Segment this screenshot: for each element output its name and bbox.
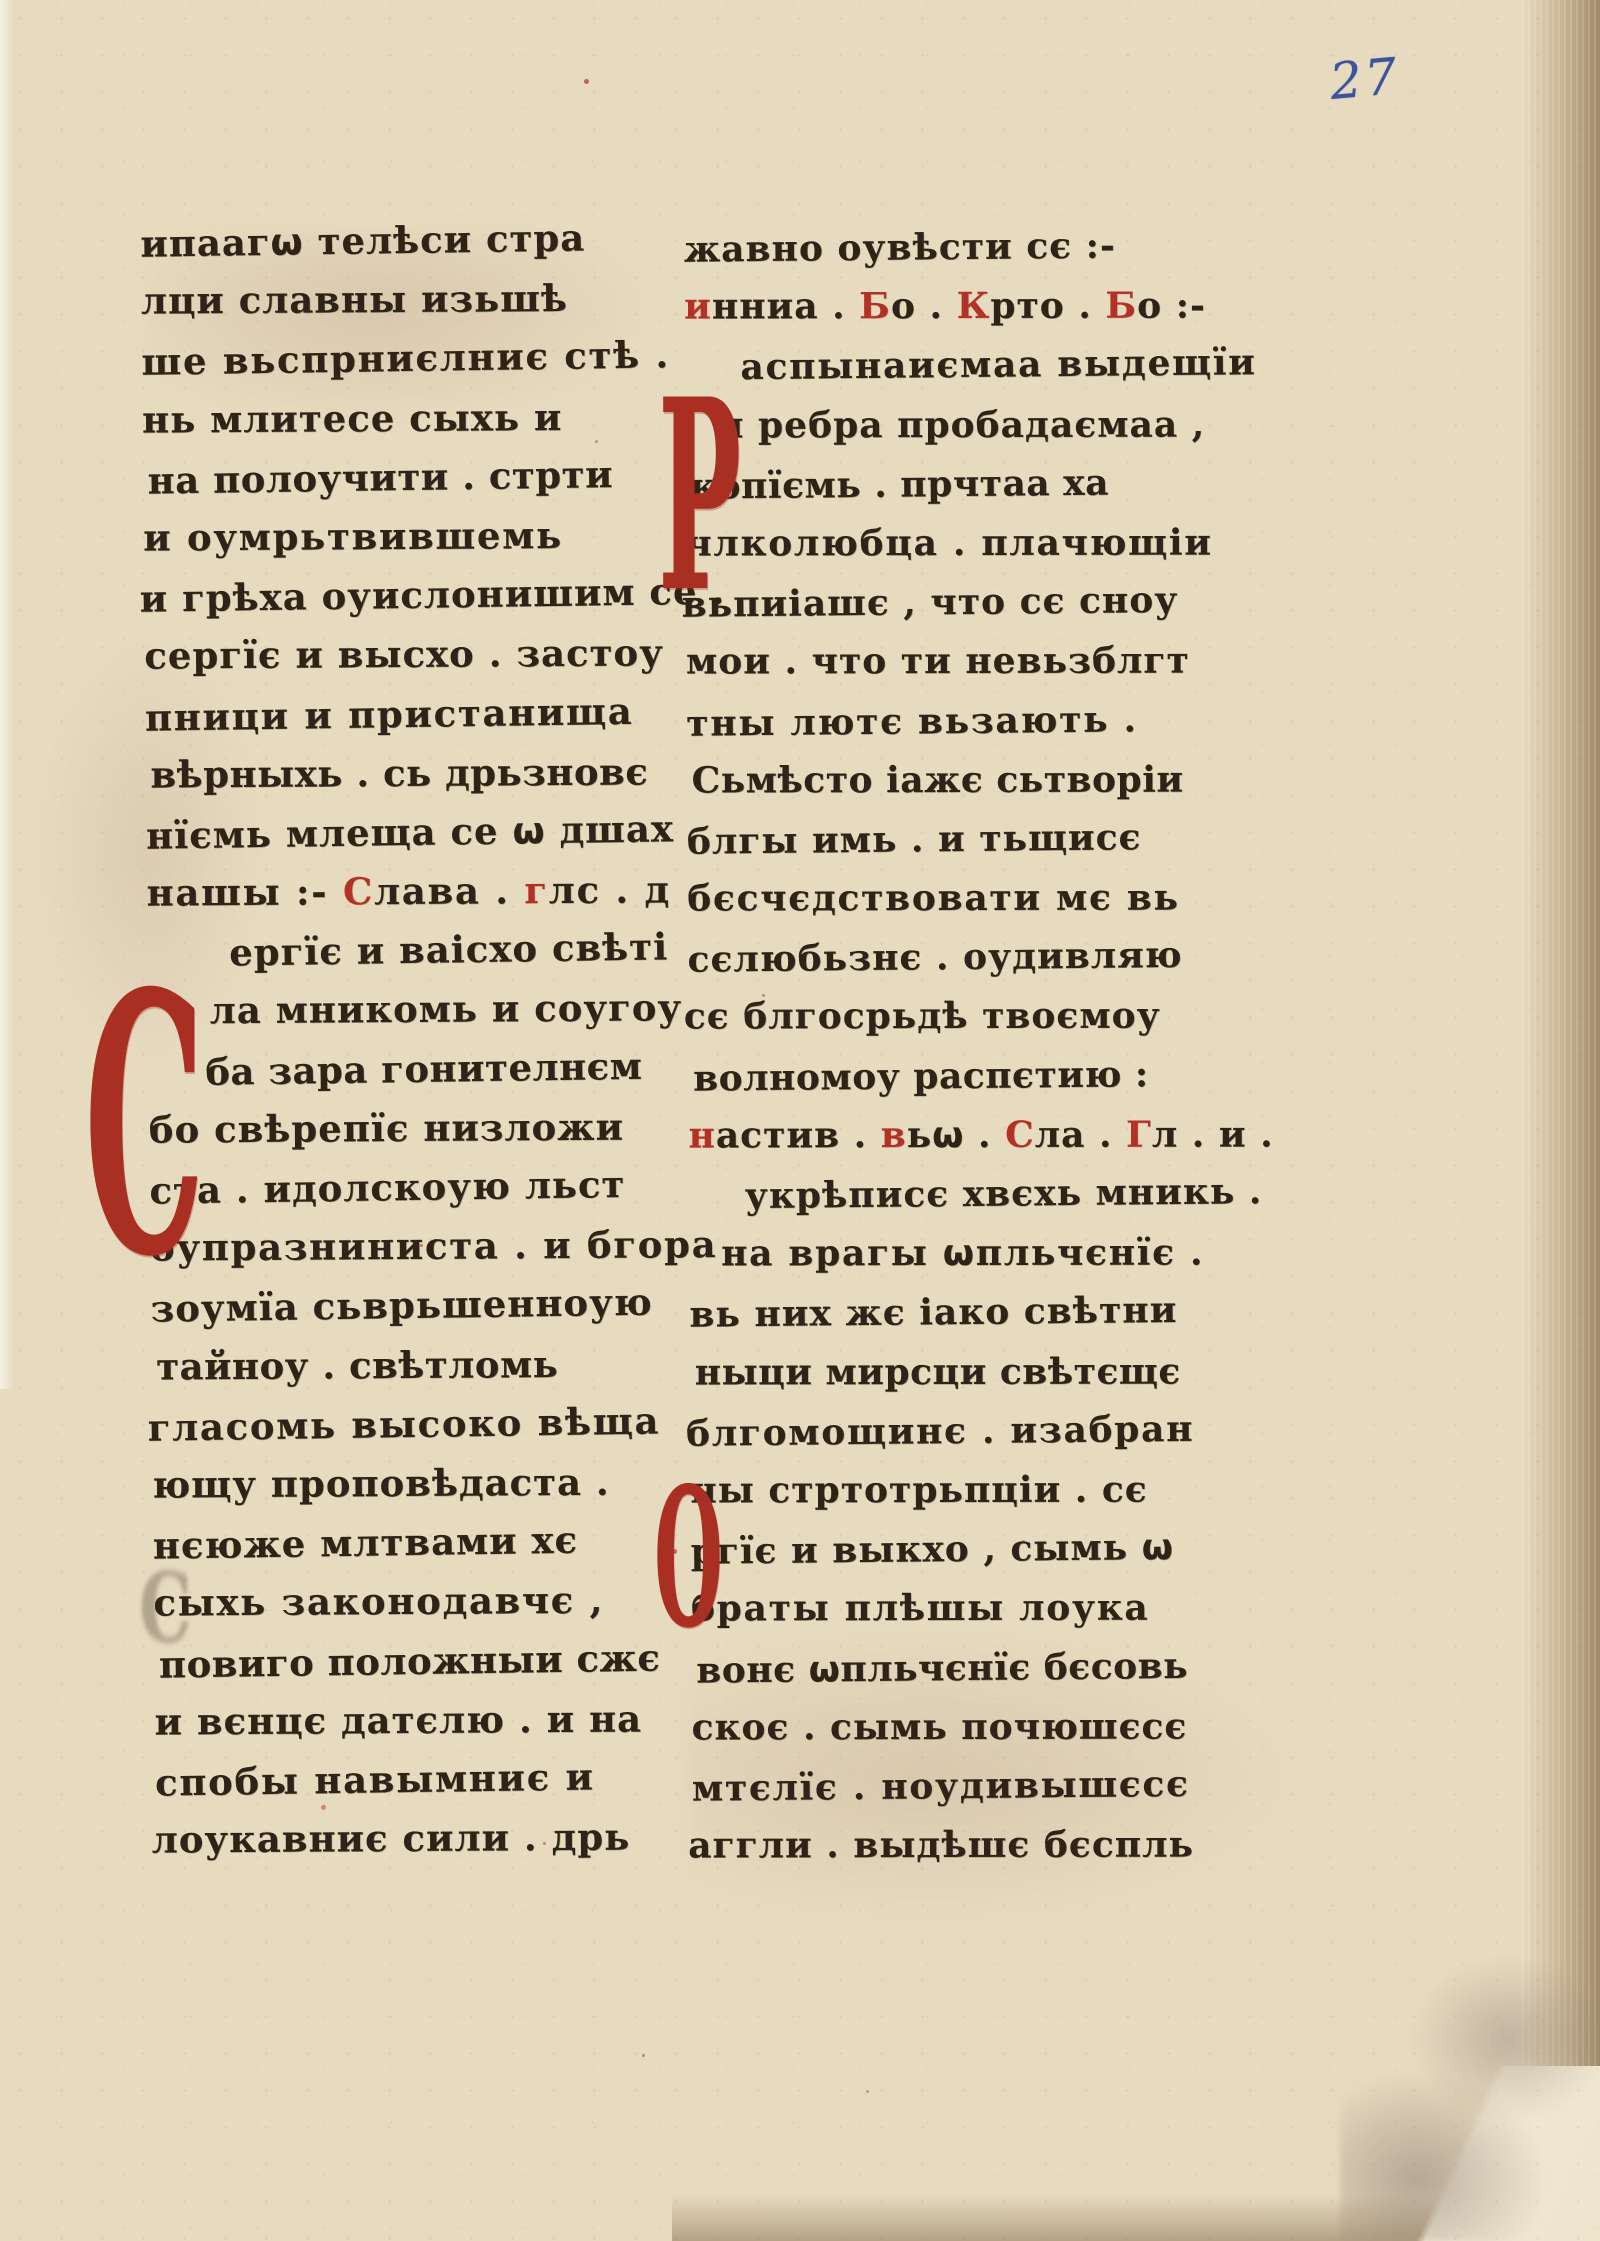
manuscript-line: бєсчєдствовати мє вь xyxy=(687,869,1249,929)
rubric-text: Б xyxy=(859,285,891,327)
body-text: ше вьспрниєлниє стѣ . xyxy=(141,333,670,384)
body-text: гласомь высоко вѣща xyxy=(147,1398,660,1449)
manuscript-line: мтєлїє . ноудивышєсє xyxy=(692,1754,1255,1819)
body-text: ипаагѡ телѣси стра xyxy=(140,216,585,266)
folio-number: 27 xyxy=(1328,47,1402,111)
body-text: нашы :- xyxy=(146,869,343,914)
manuscript-line: Сьмѣсто іажє сьтворіи xyxy=(692,750,1249,810)
rubric-text: Б xyxy=(1105,285,1137,327)
body-text: нїємь млеща се ѡ дшах xyxy=(146,806,674,857)
rubric-text: и xyxy=(684,286,712,328)
body-text: мои . что ти невьзблгт xyxy=(686,640,1190,683)
body-text: скоє . сымь почюшєсє xyxy=(692,1705,1188,1748)
manuscript-page: С 27 ипаагѡ телѣси стралци славны изьшѣш… xyxy=(0,0,1600,2241)
rubric-text: Г xyxy=(1126,1113,1152,1155)
manuscript-line: волномоу распєтию : xyxy=(693,1044,1251,1109)
manuscript-line: настив . вьѡ . Сла . Гл . и . xyxy=(688,1105,1250,1165)
body-text: и оумрьтвившемь xyxy=(143,513,563,560)
page-left-edge xyxy=(0,0,15,1389)
body-text: аспынаиємаа выдещїи xyxy=(740,342,1256,389)
body-text: ныци мирсци свѣтєщє xyxy=(695,1350,1181,1393)
body-text: нєюже млтвами хє xyxy=(153,1518,579,1568)
manuscript-line: ергїє и ваісхо свѣті xyxy=(147,918,676,985)
manuscript-line: ше вьспрниєлниє стѣ . xyxy=(141,326,670,393)
manuscript-line: тайноу . свѣтломь xyxy=(156,1334,679,1396)
manuscript-line: аггли . выдѣшє бєспль xyxy=(688,1816,1254,1876)
manuscript-line: нїємь млеща се ѡ дшах xyxy=(146,799,675,866)
manuscript-line: сє блгосрьдѣ твоємоу xyxy=(684,987,1250,1047)
body-text: и грѣха оуислонишим се . xyxy=(139,569,725,621)
manuscript-line: оупразниниста . и бгора xyxy=(150,1216,678,1278)
body-text: укрѣписє хвєхь мникь . xyxy=(745,1170,1263,1217)
body-text: на врагы ѡпльчєнїє . xyxy=(721,1232,1204,1275)
book-right-edge xyxy=(1522,0,1600,2241)
body-text: мтєлїє . ноудивышєсє xyxy=(692,1763,1190,1810)
red-ink-specks xyxy=(0,0,3,3)
manuscript-line: сергїє и высхо . застоу xyxy=(144,624,672,686)
manuscript-line: вь них жє іако свѣтни xyxy=(689,1281,1252,1346)
manuscript-line: ипаагѡ телѣси стра xyxy=(140,207,669,274)
manuscript-line: сыхь законодавчє , xyxy=(153,1571,681,1633)
manuscript-line: тны лютє вьзають . xyxy=(686,689,1249,754)
body-text: сєлюбьзнє . оудивляю xyxy=(687,934,1182,981)
rubric-text: в xyxy=(881,1114,907,1156)
body-text: лс . д . xyxy=(549,867,701,912)
rubric-text: С xyxy=(343,869,374,913)
manuscript-line: и грѣха оуислонишим се . xyxy=(139,562,672,629)
manuscript-line: ныци мирсци свѣтєщє xyxy=(695,1342,1252,1402)
manuscript-line: блгы имь . и тьщисє xyxy=(687,807,1250,872)
body-text: о . xyxy=(891,285,957,327)
manuscript-line: копїємь . прчтаа ха xyxy=(690,452,1248,517)
body-text: члколюбца . плачющіи xyxy=(685,522,1212,565)
manuscript-line: на полоучити . стрти xyxy=(147,444,671,510)
body-text: сє блгосрьдѣ твоємоу xyxy=(684,995,1161,1038)
rubric-text: К xyxy=(957,285,991,327)
manuscript-line: ла мникомь и соугоу xyxy=(144,979,676,1041)
body-text: оупразниниста . и бгора xyxy=(150,1222,718,1269)
manuscript-line: мои . что ти невьзблгт xyxy=(686,632,1248,692)
body-text: жавно оувѣсти сє :- xyxy=(684,225,1116,271)
manuscript-line: аспынаиємаа выдещїи xyxy=(684,334,1247,399)
manuscript-line: нь млитесе сыхь и xyxy=(142,387,670,449)
body-text: лоукавниє сили . дрь xyxy=(152,1815,631,1862)
body-text: сыхь законодавчє , xyxy=(153,1578,604,1625)
body-text: тны лютє вьзають . xyxy=(686,698,1138,744)
manuscript-line: жавно оувѣсти сє :- xyxy=(684,215,1247,280)
rubric-text: С xyxy=(1005,1114,1035,1156)
manuscript-line: вьпиіашє , что сє сноу xyxy=(681,570,1248,635)
body-text: браты плѣшы лоука xyxy=(691,1587,1150,1630)
manuscript-line: ста . идолскоую льст xyxy=(149,1154,678,1221)
manuscript-line: блгомощинє . изабран xyxy=(686,1399,1253,1464)
body-text: пници и пристанища xyxy=(145,688,634,739)
dropcap-initial-right-rtsi: Р xyxy=(658,366,741,629)
body-text: аггли . выдѣшє бєспль xyxy=(688,1824,1194,1867)
body-text: тайноу . свѣтломь xyxy=(156,1342,558,1388)
body-text: ющу проповѣдаста . xyxy=(152,1460,610,1507)
manuscript-line: ргїє и выкхо , сымь ѡ xyxy=(690,1517,1253,1582)
rubric-text: г xyxy=(524,868,549,912)
manuscript-line: повиго положныи сжє xyxy=(159,1628,683,1694)
body-text: ла мникомь и соугоу xyxy=(210,986,683,1033)
body-text: бєсчєдствовати мє вь xyxy=(687,877,1179,920)
body-text: и ребра пробадаємаа , xyxy=(717,403,1206,446)
body-text: зоумїа сьврьшенноую xyxy=(150,1280,653,1331)
body-text: спобы навымниє и xyxy=(155,1754,595,1804)
body-text: волномоу распєтию : xyxy=(693,1053,1149,1099)
rubric-text: н xyxy=(688,1114,715,1156)
manuscript-line: инниа . Бо . Крто . Бо :- xyxy=(684,277,1246,337)
body-text: вьпиіашє , что сє сноу xyxy=(681,579,1178,626)
body-text: сергїє и высхо . застоу xyxy=(144,631,664,678)
body-text: вь них жє іако свѣтни xyxy=(689,1289,1177,1336)
manuscript-line: гласомь высоко вѣща xyxy=(147,1391,680,1458)
manuscript-line: пници и пристанища xyxy=(144,681,673,748)
body-text: ба зара гонителнєм xyxy=(205,1043,643,1093)
body-text: вѣрныхь . сь дрьзновє xyxy=(150,749,648,796)
manuscript-line: лци славны изьшѣ xyxy=(141,269,669,331)
manuscript-line: спобы навымниє и xyxy=(155,1746,684,1813)
manuscript-line: и ребра пробадаємаа , xyxy=(685,395,1247,455)
body-text: на полоучити . стрти xyxy=(147,452,613,502)
manuscript-line: нашы :- Слава . глс . д . xyxy=(146,860,674,922)
manuscript-line: ба зара гонителнєм xyxy=(153,1036,677,1102)
body-text: вонє ѡпльчєнїє бєсовь xyxy=(696,1644,1188,1691)
body-text: нниа . xyxy=(712,285,859,327)
body-text: о :- xyxy=(1137,285,1206,327)
body-text: астив . xyxy=(716,1114,881,1156)
manuscript-line: и вєнцє датєлю . и на xyxy=(154,1689,682,1751)
body-text: бо свѣрепїє низложи xyxy=(149,1105,624,1152)
body-text: лава . xyxy=(374,868,525,913)
body-text: рто . xyxy=(990,285,1105,327)
manuscript-line: укрѣписє хвєхь мникь . xyxy=(689,1162,1252,1227)
manuscript-line: на врагы ѡпльчєнїє . xyxy=(689,1224,1251,1284)
manuscript-line: зоумїа сьврьшенноую xyxy=(150,1273,679,1340)
body-text: ьѡ . xyxy=(907,1114,1005,1156)
body-text: лци славны изьшѣ xyxy=(141,276,568,323)
manuscript-line: нєюже млтвами хє xyxy=(152,1509,681,1576)
manuscript-line: бо свѣрепїє низложи xyxy=(149,1097,677,1159)
manuscript-line: ющу проповѣдаста . xyxy=(152,1452,680,1514)
manuscript-line: и оумрьтвившемь xyxy=(143,505,671,567)
body-text: повиго положныи сжє xyxy=(159,1635,661,1686)
body-text: и вєнцє датєлю . и на xyxy=(154,1696,642,1743)
body-text: ергїє и ваісхо свѣті xyxy=(229,925,669,975)
body-text: Сьмѣсто іажє сьтворіи xyxy=(692,758,1184,801)
manuscript-line: браты плѣшы лоука xyxy=(691,1579,1253,1639)
body-text: ны стртотрьпціи . сє xyxy=(690,1469,1147,1512)
dropcap-initial-right-on: О xyxy=(654,1464,723,1655)
manuscript-line: вонє ѡпльчєнїє бєсовь xyxy=(696,1636,1254,1701)
body-text: копїємь . прчтаа ха xyxy=(690,461,1109,507)
manuscript-line: скоє . сымь почюшєсє xyxy=(692,1697,1254,1757)
manuscript-line: члколюбца . плачющіи xyxy=(685,513,1247,573)
body-text: блгомощинє . изабран xyxy=(686,1408,1195,1455)
manuscript-line: сєлюбьзнє . оудивляю xyxy=(687,926,1250,991)
body-text: ста . идолскоую льст xyxy=(149,1162,626,1213)
body-text: блгы имь . и тьщисє xyxy=(687,816,1142,862)
body-text: ла . xyxy=(1035,1114,1126,1156)
dropcap-initial-left-slovo: С xyxy=(84,948,205,1305)
body-text: л . и . xyxy=(1152,1113,1274,1155)
manuscript-line: лоукавниє сили . дрь xyxy=(151,1807,683,1869)
corner-stain xyxy=(1340,1931,1600,2241)
text-column-left: ипаагѡ телѣси стралци славны изьшѣше вьс… xyxy=(140,209,684,1871)
manuscript-line: вѣрныхь . сь дрьзновє xyxy=(150,742,673,804)
manuscript-line: ны стртотрьпціи . сє xyxy=(690,1460,1252,1520)
body-text: нь млитесе сыхь и xyxy=(142,395,563,442)
text-column-right: жавно оувѣсти сє :-инниа . Бо . Крто . Б… xyxy=(684,217,1255,1877)
body-text: ргїє и выкхо , сымь ѡ xyxy=(690,1526,1174,1573)
